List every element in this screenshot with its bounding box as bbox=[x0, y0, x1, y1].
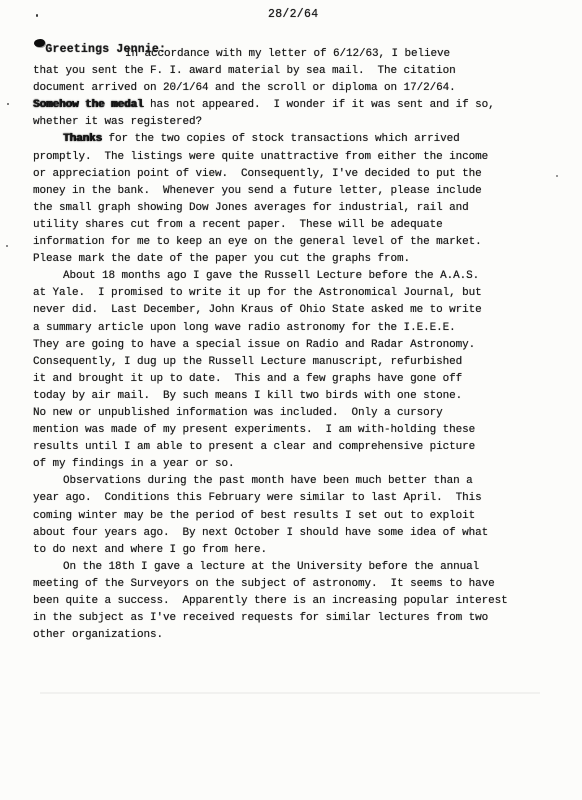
scan-speck bbox=[6, 245, 8, 247]
letter-line: about four years ago. By next October I … bbox=[33, 525, 541, 542]
scan-streak bbox=[40, 692, 540, 694]
letter-line: results until I am able to present a cle… bbox=[33, 439, 541, 456]
overstruck-text: Thanks bbox=[63, 133, 102, 145]
scan-speck bbox=[556, 175, 558, 177]
letter-line: Somehow the medal has not appeared. I wo… bbox=[33, 97, 541, 114]
letter-line: Observations during the past month have … bbox=[33, 473, 541, 490]
letter-line: mention was made of my present experimen… bbox=[33, 422, 541, 439]
letter-line: In accordance with my letter of 6/12/63,… bbox=[33, 46, 541, 63]
letter-line: promptly. The listings were quite unattr… bbox=[33, 149, 541, 166]
overstruck-text: Somehow the medal bbox=[33, 99, 144, 111]
letter-date: 28/2/64 bbox=[268, 8, 318, 21]
letter-line: utility shares cut from a recent paper. … bbox=[33, 217, 541, 234]
letter-line: No new or unpublished information was in… bbox=[33, 405, 541, 422]
letter-line: or appreciation point of view. Consequen… bbox=[33, 166, 541, 183]
letter-line: other organizations. bbox=[33, 627, 541, 644]
letter-line: it and brought it up to date. This and a… bbox=[33, 371, 541, 388]
letter-line: On the 18th I gave a lecture at the Univ… bbox=[33, 559, 541, 576]
scan-speck bbox=[7, 103, 9, 105]
letter-line: of my findings in a year or so. bbox=[33, 456, 541, 473]
letter-line: Thanks for the two copies of stock trans… bbox=[33, 131, 541, 148]
letter-body: In accordance with my letter of 6/12/63,… bbox=[33, 46, 541, 644]
scan-speck bbox=[36, 14, 38, 17]
letter-line: coming winter may be the period of best … bbox=[33, 508, 541, 525]
letter-line: never did. Last December, John Kraus of … bbox=[33, 302, 541, 319]
letter-line: information for me to keep an eye on the… bbox=[33, 234, 541, 251]
letter-line: a summary article upon long wave radio a… bbox=[33, 320, 541, 337]
letter-line: About 18 months ago I gave the Russell L… bbox=[33, 268, 541, 285]
letter-line: Please mark the date of the paper you cu… bbox=[33, 251, 541, 268]
letter-line: to do next and where I go from here. bbox=[33, 542, 541, 559]
letter-line: meeting of the Surveyors on the subject … bbox=[33, 576, 541, 593]
letter-line: Consequently, I dug up the Russell Lectu… bbox=[33, 354, 541, 371]
letter-line: been quite a success. Apparently there i… bbox=[33, 593, 541, 610]
letter-line: They are going to have a special issue o… bbox=[33, 337, 541, 354]
letter-line: at Yale. I promised to write it up for t… bbox=[33, 285, 541, 302]
letter-line: in the subject as I've received requests… bbox=[33, 610, 541, 627]
letter-line: money in the bank. Whenever you send a f… bbox=[33, 183, 541, 200]
letter-page: 28/2/64 Greetings Jennie: In accordance … bbox=[0, 0, 582, 800]
letter-line: the small graph showing Dow Jones averag… bbox=[33, 200, 541, 217]
letter-line: that you sent the F. I. award material b… bbox=[33, 63, 541, 80]
letter-line: whether it was registered? bbox=[33, 114, 541, 131]
letter-line: document arrived on 20/1/64 and the scro… bbox=[33, 80, 541, 97]
letter-line: today by air mail. By such means I kill … bbox=[33, 388, 541, 405]
letter-line: year ago. Conditions this February were … bbox=[33, 490, 541, 507]
